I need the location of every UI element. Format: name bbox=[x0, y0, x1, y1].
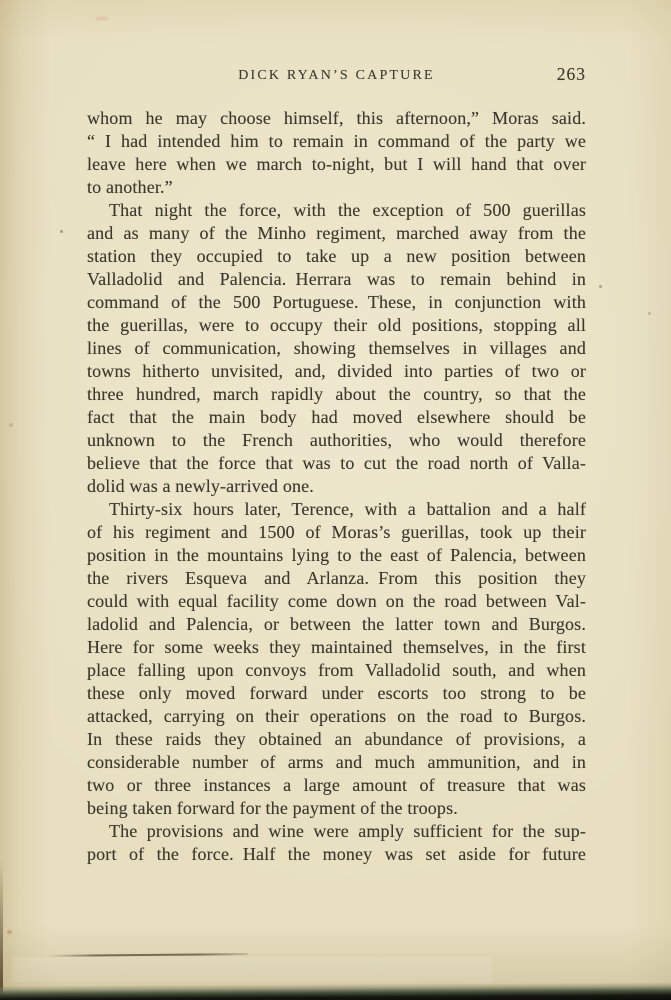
text-line: place falling upon convoys from Valladol… bbox=[87, 659, 586, 682]
text-line: three hundred, march rapidly about the c… bbox=[87, 383, 586, 406]
text-line: Thirty-six hours later, Terence, with a … bbox=[87, 498, 586, 521]
text-line: attacked, carrying on their operations o… bbox=[87, 705, 586, 728]
text-line: could with equal facility come down on t… bbox=[87, 590, 586, 613]
text-line: believe that the force that was to cut t… bbox=[87, 452, 586, 475]
paper-speck bbox=[7, 930, 12, 934]
text-line: Here for some weeks they maintained them… bbox=[87, 636, 586, 659]
text-line: ladolid and Palencia, or between the lat… bbox=[87, 613, 586, 636]
text-line: lines of communication, showing themselv… bbox=[87, 337, 586, 360]
text-line: port of the force. Half the money was se… bbox=[87, 843, 586, 866]
text-line: and as many of the Minho regiment, march… bbox=[87, 222, 586, 245]
text-line: towns hitherto unvisited, and, divided i… bbox=[87, 360, 586, 383]
page-content: DICK RYAN’S CAPTURE 263 whom he may choo… bbox=[87, 66, 586, 866]
text-line: considerable number of arms and much amm… bbox=[87, 751, 586, 774]
scanner-light-band bbox=[12, 957, 492, 982]
paper-speck bbox=[60, 230, 63, 233]
text-line: to another.” bbox=[87, 176, 586, 199]
text-line: the rivers Esqueva and Arlanza. From thi… bbox=[87, 567, 586, 590]
paragraph-4: The provisions and wine were amply suffi… bbox=[87, 820, 586, 866]
page-number: 263 bbox=[557, 64, 586, 85]
text-line: these only moved forward under escorts t… bbox=[87, 682, 586, 705]
text-line: two or three instances a large amount of… bbox=[87, 774, 586, 797]
paper-speck bbox=[96, 17, 108, 20]
text-line: the guerillas, were to occupy their old … bbox=[87, 314, 586, 337]
paper-speck bbox=[533, 786, 539, 790]
text-line: In these raids they obtained an abundanc… bbox=[87, 728, 586, 751]
paper-speck bbox=[599, 285, 602, 288]
text-line: unknown to the French authorities, who w… bbox=[87, 429, 586, 452]
paper-speck bbox=[648, 312, 651, 315]
paper-speck bbox=[9, 423, 13, 427]
bottom-scan-edge bbox=[0, 982, 671, 1000]
left-page-edge-shadow bbox=[0, 860, 3, 1000]
text-line: Valladolid and Palencia. Herrara was to … bbox=[87, 268, 586, 291]
running-header: DICK RYAN’S CAPTURE bbox=[238, 68, 435, 83]
text-line: being taken forward for the payment of t… bbox=[87, 797, 586, 820]
text-line: fact that the main body had moved elsewh… bbox=[87, 406, 586, 429]
text-line: whom he may choose himself, this afterno… bbox=[87, 107, 586, 130]
text-line: dolid was a newly-arrived one. bbox=[87, 475, 586, 498]
page-header: DICK RYAN’S CAPTURE 263 bbox=[87, 66, 586, 86]
paragraph-1: whom he may choose himself, this afterno… bbox=[87, 107, 586, 199]
text-line: “ I had intended him to remain in comman… bbox=[87, 130, 586, 153]
text-line: of his regiment and 1500 of Moras’s guer… bbox=[87, 521, 586, 544]
text-line: That night the force, with the exception… bbox=[87, 199, 586, 222]
paragraph-2: That night the force, with the exception… bbox=[87, 199, 586, 498]
body-text: whom he may choose himself, this afterno… bbox=[87, 107, 586, 866]
text-line: leave here when we march to-night, but I… bbox=[87, 153, 586, 176]
text-line: The provisions and wine were amply suffi… bbox=[87, 820, 586, 843]
text-line: position in the mountains lying to the e… bbox=[87, 544, 586, 567]
text-line: station they occupied to take up a new p… bbox=[87, 245, 586, 268]
book-page-scan: DICK RYAN’S CAPTURE 263 whom he may choo… bbox=[0, 0, 671, 1000]
paragraph-3: Thirty-six hours later, Terence, with a … bbox=[87, 498, 586, 820]
text-line: command of the 500 Portuguese. These, in… bbox=[87, 291, 586, 314]
